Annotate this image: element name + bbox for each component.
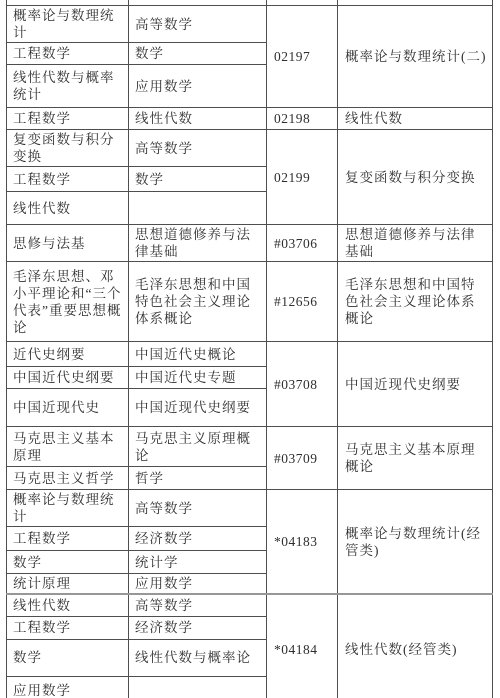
cell-old-course: 统计原理 xyxy=(7,574,129,595)
cell-bridge-course xyxy=(129,192,267,225)
table-row: 概率论与数理统计 高等数学 *04183 概率论与数理统计(经管类) xyxy=(7,490,493,527)
cell-bridge-course: 线性代数 xyxy=(129,108,267,130)
table-row: 概率论与数理统计 高等数学 02197 概率论与数理统计(二) xyxy=(7,6,493,43)
cell-bridge-course: 高等数学 xyxy=(129,490,267,527)
cell-old-course: 数学 xyxy=(7,551,129,574)
table-row: 复变函数与积分变换 高等数学 02199 复变函数与积分变换 xyxy=(7,130,493,167)
cell-new-course: 思想道德修养与法律基础 xyxy=(338,225,493,262)
cell-course-code: 02199 xyxy=(267,130,338,225)
cell-course-code: *04184 xyxy=(267,594,338,698)
cell-bridge-course: 线性代数与概率论 xyxy=(129,639,267,676)
cell-bridge-course: 毛泽东思想和中国特色社会主义理论体系概论 xyxy=(129,262,267,342)
table-row: 线性代数 高等数学 *04184 线性代数(经管类) xyxy=(7,594,493,616)
table-row: 毛泽东思想、邓小平理论和“三个代表”重要思想概论 毛泽东思想和中国特色社会主义理… xyxy=(7,262,493,342)
cell-old-course: 线性代数 xyxy=(7,192,129,225)
cell-old-course: 近代史纲要 xyxy=(7,342,129,367)
cell-bridge-course: 数学 xyxy=(129,167,267,192)
cell-new-course: 毛泽东思想和中国特色社会主义理论体系概论 xyxy=(338,262,493,342)
cell-course-code: #12656 xyxy=(267,262,338,342)
cell-old-course: 马克思主义基本原理 xyxy=(7,427,129,467)
cell-bridge-course: 马克思主义原理概论 xyxy=(129,427,267,467)
cell-new-course: 概率论与数理统计(二) xyxy=(338,6,493,108)
cell-old-course: 思修与法基 xyxy=(7,225,129,262)
cell-course-code: #03706 xyxy=(267,225,338,262)
cell-bridge-course: 应用数学 xyxy=(129,574,267,595)
cell-old-course: 中国近代史纲要 xyxy=(7,367,129,389)
cell-old-course: 数学 xyxy=(7,639,129,676)
cell-bridge-course: 哲学 xyxy=(129,467,267,490)
table-row: 思修与法基 思想道德修养与法律基础 #03706 思想道德修养与法律基础 xyxy=(7,225,493,262)
cell-bridge-course: 中国近代史专题 xyxy=(129,367,267,389)
cell-old-course: 工程数学 xyxy=(7,167,129,192)
cell-old-course: 毛泽东思想、邓小平理论和“三个代表”重要思想概论 xyxy=(7,262,129,342)
cell-bridge-course: 经济数学 xyxy=(129,527,267,551)
cell-old-course: 工程数学 xyxy=(7,108,129,130)
cell-bridge-course: 中国近现代史纲要 xyxy=(129,389,267,427)
cell-old-course: 应用数学 xyxy=(7,676,129,698)
cell-old-course: 线性代数 xyxy=(7,594,129,616)
cell-old-course: 工程数学 xyxy=(7,616,129,639)
cell-course-code: 02198 xyxy=(267,108,338,130)
cell-new-course: 线性代数(经管类) xyxy=(338,594,493,698)
cell-bridge-course xyxy=(129,676,267,698)
table-row: 工程数学 线性代数 02198 线性代数 xyxy=(7,108,493,130)
cell-new-course: 复变函数与积分变换 xyxy=(338,130,493,225)
cell-old-course: 线性代数与概率统计 xyxy=(7,65,129,108)
cell-old-course: 中国近现代史 xyxy=(7,389,129,427)
cell-new-course: 线性代数 xyxy=(338,108,493,130)
cell-bridge-course: 高等数学 xyxy=(129,130,267,167)
cell-bridge-course: 思想道德修养与法律基础 xyxy=(129,225,267,262)
cell-old-course: 马克思主义哲学 xyxy=(7,467,129,490)
cell-bridge-course: 应用数学 xyxy=(129,65,267,108)
cell-bridge-course: 数学 xyxy=(129,43,267,65)
cell-bridge-course: 统计学 xyxy=(129,551,267,574)
cell-bridge-course: 高等数学 xyxy=(129,594,267,616)
cell-bridge-course: 高等数学 xyxy=(129,6,267,43)
table-row: 近代史纲要 中国近代史概论 #03708 中国近现代史纲要 xyxy=(7,342,493,367)
cell-course-code: #03709 xyxy=(267,427,338,490)
cell-old-course: 概率论与数理统计 xyxy=(7,490,129,527)
cell-course-code: 02197 xyxy=(267,6,338,108)
cell-new-course: 马克思主义基本原理概论 xyxy=(338,427,493,490)
cell-new-course: 中国近现代史纲要 xyxy=(338,342,493,427)
cell-old-course: 工程数学 xyxy=(7,527,129,551)
table-row: 马克思主义基本原理 马克思主义原理概论 #03709 马克思主义基本原理概论 xyxy=(7,427,493,467)
cell-bridge-course: 中国近代史概论 xyxy=(129,342,267,367)
cell-new-course: 概率论与数理统计(经管类) xyxy=(338,490,493,595)
course-substitution-table: 概率论与数理统计 高等数学 02197 概率论与数理统计(二) 工程数学 数学 … xyxy=(6,0,493,698)
cell-old-course: 工程数学 xyxy=(7,43,129,65)
cell-course-code: *04183 xyxy=(267,490,338,595)
cell-old-course: 概率论与数理统计 xyxy=(7,6,129,43)
cell-old-course: 复变函数与积分变换 xyxy=(7,130,129,167)
cell-bridge-course: 经济数学 xyxy=(129,616,267,639)
cell-course-code: #03708 xyxy=(267,342,338,427)
